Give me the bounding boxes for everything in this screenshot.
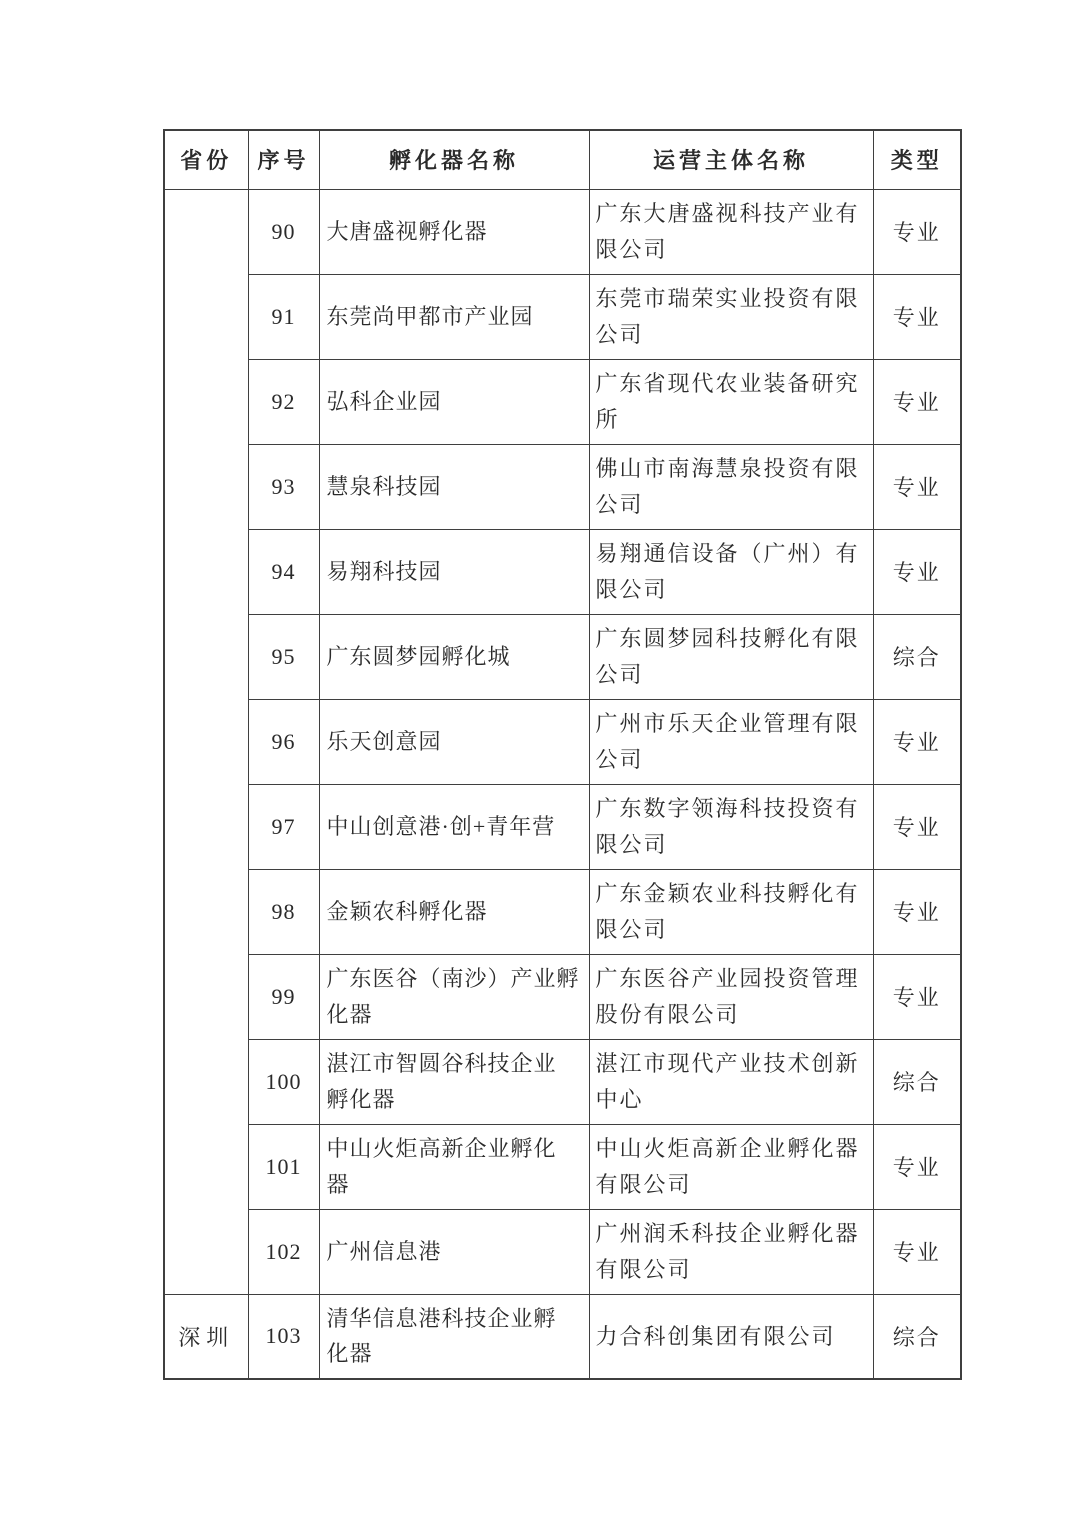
operator-cell: 佛山市南海慧泉投资有限 公司 bbox=[589, 444, 873, 529]
province-cell-merged bbox=[164, 189, 248, 1294]
seq-cell: 103 bbox=[248, 1294, 319, 1379]
table-row: 91 东莞尚甲都市产业园 东莞市瑞荣实业投资有限 公司 专业 bbox=[164, 274, 961, 359]
type-cell: 综合 bbox=[873, 1294, 961, 1379]
operator-cell: 广东数字领海科技投资有 限公司 bbox=[589, 784, 873, 869]
header-operator-name: 运营主体名称 bbox=[589, 130, 873, 189]
table-row: 96 乐天创意园 广州市乐天企业管理有限 公司 专业 bbox=[164, 699, 961, 784]
type-cell: 专业 bbox=[873, 869, 961, 954]
table-row: 95 广东圆梦园孵化城 广东圆梦园科技孵化有限 公司 综合 bbox=[164, 614, 961, 699]
name-cell: 易翔科技园 bbox=[319, 529, 589, 614]
seq-cell: 91 bbox=[248, 274, 319, 359]
header-incubator-name: 孵化器名称 bbox=[319, 130, 589, 189]
name-cell: 广东医谷（南沙）产业孵 化器 bbox=[319, 954, 589, 1039]
seq-cell: 95 bbox=[248, 614, 319, 699]
seq-cell: 92 bbox=[248, 359, 319, 444]
table-row: 90 大唐盛视孵化器 广东大唐盛视科技产业有 限公司 专业 bbox=[164, 189, 961, 274]
table-row: 102 广州信息港 广州润禾科技企业孵化器 有限公司 专业 bbox=[164, 1209, 961, 1294]
seq-cell: 102 bbox=[248, 1209, 319, 1294]
type-cell: 专业 bbox=[873, 274, 961, 359]
header-province: 省份 bbox=[164, 130, 248, 189]
table-row: 99 广东医谷（南沙）产业孵 化器 广东医谷产业园投资管理 股份有限公司 专业 bbox=[164, 954, 961, 1039]
operator-cell: 广东医谷产业园投资管理 股份有限公司 bbox=[589, 954, 873, 1039]
header-row: 省份 序号 孵化器名称 运营主体名称 类型 bbox=[164, 130, 961, 189]
name-cell: 广东圆梦园孵化城 bbox=[319, 614, 589, 699]
operator-cell: 广东大唐盛视科技产业有 限公司 bbox=[589, 189, 873, 274]
incubator-table: 省份 序号 孵化器名称 运营主体名称 类型 90 大唐盛视孵化器 广东大唐盛视科… bbox=[163, 129, 962, 1380]
name-cell: 中山火炬高新企业孵化 器 bbox=[319, 1124, 589, 1209]
type-cell: 专业 bbox=[873, 954, 961, 1039]
type-cell: 专业 bbox=[873, 699, 961, 784]
name-cell: 弘科企业园 bbox=[319, 359, 589, 444]
operator-cell: 易翔通信设备（广州）有 限公司 bbox=[589, 529, 873, 614]
table-row: 98 金颖农科孵化器 广东金颖农业科技孵化有 限公司 专业 bbox=[164, 869, 961, 954]
operator-cell: 中山火炬高新企业孵化器 有限公司 bbox=[589, 1124, 873, 1209]
table-row: 100 湛江市智圆谷科技企业 孵化器 湛江市现代产业技术创新 中心 综合 bbox=[164, 1039, 961, 1124]
name-cell: 中山创意港·创+青年营 bbox=[319, 784, 589, 869]
header-type: 类型 bbox=[873, 130, 961, 189]
name-cell: 清华信息港科技企业孵 化器 bbox=[319, 1294, 589, 1379]
seq-cell: 96 bbox=[248, 699, 319, 784]
seq-cell: 94 bbox=[248, 529, 319, 614]
operator-cell: 东莞市瑞荣实业投资有限 公司 bbox=[589, 274, 873, 359]
seq-cell: 93 bbox=[248, 444, 319, 529]
type-cell: 专业 bbox=[873, 359, 961, 444]
operator-cell: 广州润禾科技企业孵化器 有限公司 bbox=[589, 1209, 873, 1294]
seq-cell: 100 bbox=[248, 1039, 319, 1124]
header-seq: 序号 bbox=[248, 130, 319, 189]
type-cell: 专业 bbox=[873, 1209, 961, 1294]
name-cell: 金颖农科孵化器 bbox=[319, 869, 589, 954]
table-row: 深圳 103 清华信息港科技企业孵 化器 力合科创集团有限公司 综合 bbox=[164, 1294, 961, 1379]
table-row: 97 中山创意港·创+青年营 广东数字领海科技投资有 限公司 专业 bbox=[164, 784, 961, 869]
type-cell: 专业 bbox=[873, 189, 961, 274]
table-row: 101 中山火炬高新企业孵化 器 中山火炬高新企业孵化器 有限公司 专业 bbox=[164, 1124, 961, 1209]
type-cell: 专业 bbox=[873, 1124, 961, 1209]
seq-cell: 97 bbox=[248, 784, 319, 869]
name-cell: 慧泉科技园 bbox=[319, 444, 589, 529]
table-row: 92 弘科企业园 广东省现代农业装备研究 所 专业 bbox=[164, 359, 961, 444]
operator-cell: 湛江市现代产业技术创新 中心 bbox=[589, 1039, 873, 1124]
name-cell: 湛江市智圆谷科技企业 孵化器 bbox=[319, 1039, 589, 1124]
type-cell: 专业 bbox=[873, 529, 961, 614]
operator-cell: 广东省现代农业装备研究 所 bbox=[589, 359, 873, 444]
operator-cell: 广州市乐天企业管理有限 公司 bbox=[589, 699, 873, 784]
operator-cell: 广东圆梦园科技孵化有限 公司 bbox=[589, 614, 873, 699]
table-row: 93 慧泉科技园 佛山市南海慧泉投资有限 公司 专业 bbox=[164, 444, 961, 529]
province-cell: 深圳 bbox=[164, 1294, 248, 1379]
operator-cell: 广东金颖农业科技孵化有 限公司 bbox=[589, 869, 873, 954]
table-row: 94 易翔科技园 易翔通信设备（广州）有 限公司 专业 bbox=[164, 529, 961, 614]
seq-cell: 98 bbox=[248, 869, 319, 954]
name-cell: 广州信息港 bbox=[319, 1209, 589, 1294]
seq-cell: 90 bbox=[248, 189, 319, 274]
seq-cell: 101 bbox=[248, 1124, 319, 1209]
name-cell: 东莞尚甲都市产业园 bbox=[319, 274, 589, 359]
type-cell: 综合 bbox=[873, 614, 961, 699]
name-cell: 乐天创意园 bbox=[319, 699, 589, 784]
type-cell: 综合 bbox=[873, 1039, 961, 1124]
type-cell: 专业 bbox=[873, 784, 961, 869]
name-cell: 大唐盛视孵化器 bbox=[319, 189, 589, 274]
type-cell: 专业 bbox=[873, 444, 961, 529]
seq-cell: 99 bbox=[248, 954, 319, 1039]
operator-cell: 力合科创集团有限公司 bbox=[589, 1294, 873, 1379]
